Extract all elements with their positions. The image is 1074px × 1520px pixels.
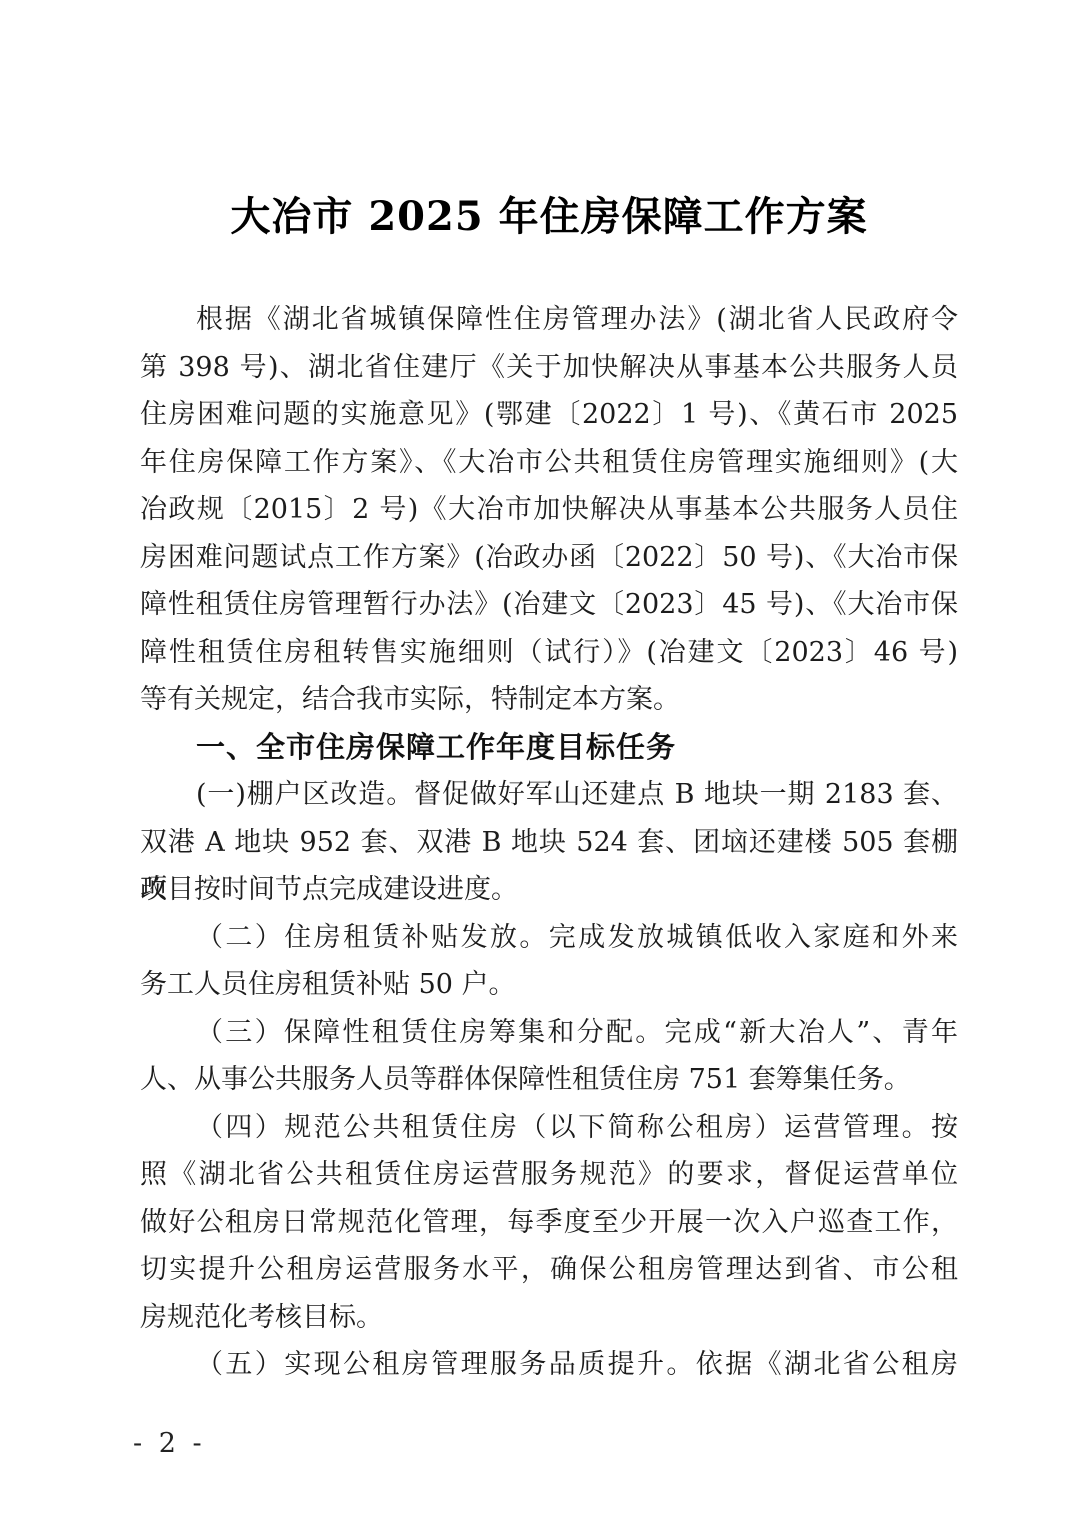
document-title: 大冶市 2025 年住房保障工作方案: [140, 188, 958, 246]
body-line: 住房困难问题的实施意见》(鄂建〔2022〕1 号)、《黄石市 2025: [140, 391, 958, 439]
body-line: （二）住房租赁补贴发放。完成发放城镇低收入家庭和外来: [140, 914, 958, 962]
body-line: 年住房保障工作方案》、《大冶市公共租赁住房管理实施细则》(大: [140, 439, 958, 487]
body-line: (一)棚户区改造。督促做好军山还建点 B 地块一期 2183 套、: [140, 771, 958, 819]
body-line: 第 398 号)、湖北省住建厅《关于加快解决从事基本公共服务人员: [140, 344, 958, 392]
body-line: （五）实现公租房管理服务品质提升。依据《湖北省公租房: [140, 1341, 958, 1389]
body-line: 项目按时间节点完成建设进度。: [140, 866, 958, 914]
body-line: 根据《湖北省城镇保障性住房管理办法》(湖北省人民政府令: [140, 296, 958, 344]
document-page: 大冶市 2025 年住房保障工作方案 根据《湖北省城镇保障性住房管理办法》(湖北…: [0, 0, 1074, 1520]
body-line: 切实提升公租房运营服务水平，确保公租房管理达到省、市公租: [140, 1246, 958, 1294]
body-line: 障性租赁住房管理暂行办法》(冶建文〔2023〕45 号)、《大冶市保: [140, 581, 958, 629]
body-line: 冶政规〔2015〕2 号)《大冶市加快解决从事基本公共服务人员住: [140, 486, 958, 534]
body-line: 房规范化考核目标。: [140, 1294, 958, 1342]
document-body: 根据《湖北省城镇保障性住房管理办法》(湖北省人民政府令 第 398 号)、湖北省…: [140, 296, 958, 1389]
page-number: - 2 -: [133, 1424, 206, 1464]
body-line: 障性租赁住房租转售实施细则（试行）》(冶建文〔2023〕46 号): [140, 629, 958, 677]
body-line: 房困难问题试点工作方案》(冶政办函〔2022〕50 号)、《大冶市保: [140, 534, 958, 582]
body-line: 人、从事公共服务人员等群体保障性租赁住房 751 套筹集任务。: [140, 1056, 958, 1104]
body-line: 做好公租房日常规范化管理，每季度至少开展一次入户巡查工作，: [140, 1199, 958, 1247]
body-line: 照《湖北省公共租赁住房运营服务规范》的要求，督促运营单位: [140, 1151, 958, 1199]
body-line: 等有关规定，结合我市实际，特制定本方案。: [140, 676, 958, 724]
body-line: （四）规范公共租赁住房（以下简称公租房）运营管理。按: [140, 1104, 958, 1152]
body-line: 双港 A 地块 952 套、双港 B 地块 524 套、团垴还建楼 505 套棚…: [140, 819, 958, 867]
body-line: （三）保障性租赁住房筹集和分配。完成“新大冶人”、青年: [140, 1009, 958, 1057]
section-heading: 一、全市住房保障工作年度目标任务: [140, 724, 958, 772]
body-line: 务工人员住房租赁补贴 50 户。: [140, 961, 958, 1009]
